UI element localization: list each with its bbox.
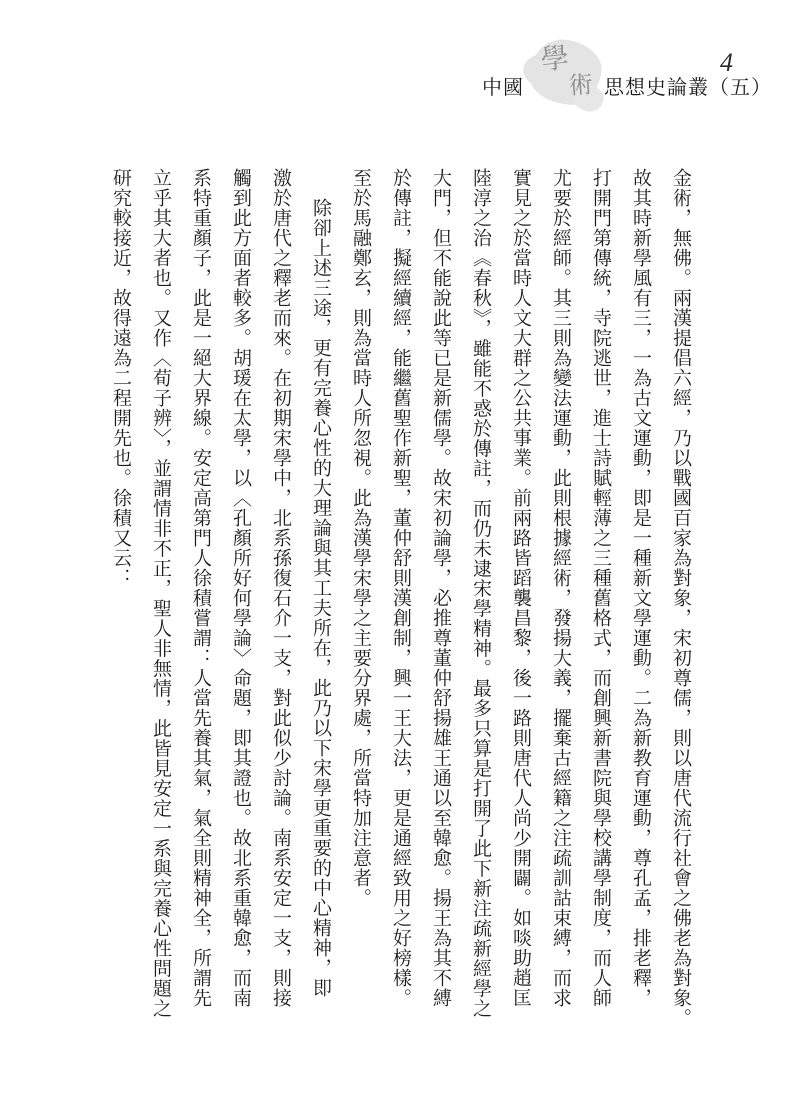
text-column: 立乎其大者也。又作〈荀子辨〉，並謂情非不正，聖人非無情，此皆見安定一系與完養心性… [140, 168, 180, 1048]
text-column: 系特重顏子，此是一絕大界線。安定高第門人徐積嘗謂：人當先養其氣，氣全則精神全，所… [180, 168, 220, 1048]
running-head: 中國 學 術 思想史論叢（五） [482, 72, 772, 98]
text-column: 觸到此方面者較多。胡瑗在太學，以〈孔顏所好何學論〉命題，即其證也。故北系重韓愈，… [220, 168, 260, 1048]
publisher-logo: 學 術 [525, 72, 603, 98]
text-column: 除卻上述三途，更有完養心性的大理論與其工夫所在，此乃以下宋學更重要的中心精神，即 [300, 168, 340, 1048]
text-column: 實見之於當時人文大群之公共事業。前兩路皆蹈襲昌黎，後一路則唐代人尚少開闢。如啖助… [500, 168, 540, 1048]
text-column: 故其時新學風有三，一為古文運動，即是一種新文學運動。二為新教育運動，尊孔孟，排老… [620, 168, 660, 1048]
text-column: 打開門第傳統，寺院逃世，進士詩賦輕薄之三種舊格式，而創興新書院與學校講學制度，而… [580, 168, 620, 1048]
series-title-prefix: 中國 [482, 71, 524, 100]
vertical-text-body: 金術，無佛。兩漢提倡六經，乃以戰國百家為對象，宋初尊儒，則以唐代流行社會之佛老為… [100, 168, 700, 1048]
series-title-suffix: 思想史論叢（五） [604, 71, 772, 100]
text-column: 尤要於經師。其三則為變法運動，此則根據經術，發揚大義，擺棄古經籍之注疏訓詁束縛，… [540, 168, 580, 1048]
text-column: 至於馬融鄭玄，則為當時人所忽視。此為漢學宋學之主要分界處，所當特加注意者。 [340, 168, 380, 1048]
text-column: 激於唐代之釋老而來。在初期宋學中，北系孫復石介一支，對此似少討論。南系安定一支，… [260, 168, 300, 1048]
text-column: 研究較接近，故得遠為二程開先也。徐積又云： [100, 168, 140, 1048]
logo-calligraphy-char-xue: 學 [540, 45, 572, 76]
logo-calligraphy-char-shu: 術 [568, 73, 595, 99]
book-page: 4 中國 學 術 思想史論叢（五） 金術，無佛。兩漢提倡六經，乃以戰國百家為對象… [0, 0, 800, 1120]
text-column: 大門，但不能說此等已是新儒學。故宋初論學，必推尊董仲舒揚雄王通以至韓愈。揚王為其… [420, 168, 460, 1048]
text-column: 陸淳之治《春秋》，雖能不惑於傳註，而仍未逮宋學精神。最多只算是打開了此下新注疏新… [460, 168, 500, 1048]
text-column: 於傳註，擬經續經，能繼舊聖作新聖，董仲舒則漢創制，興一王大法，更是通經致用之好榜… [380, 168, 420, 1048]
text-column: 金術，無佛。兩漢提倡六經，乃以戰國百家為對象，宋初尊儒，則以唐代流行社會之佛老為… [660, 168, 700, 1048]
